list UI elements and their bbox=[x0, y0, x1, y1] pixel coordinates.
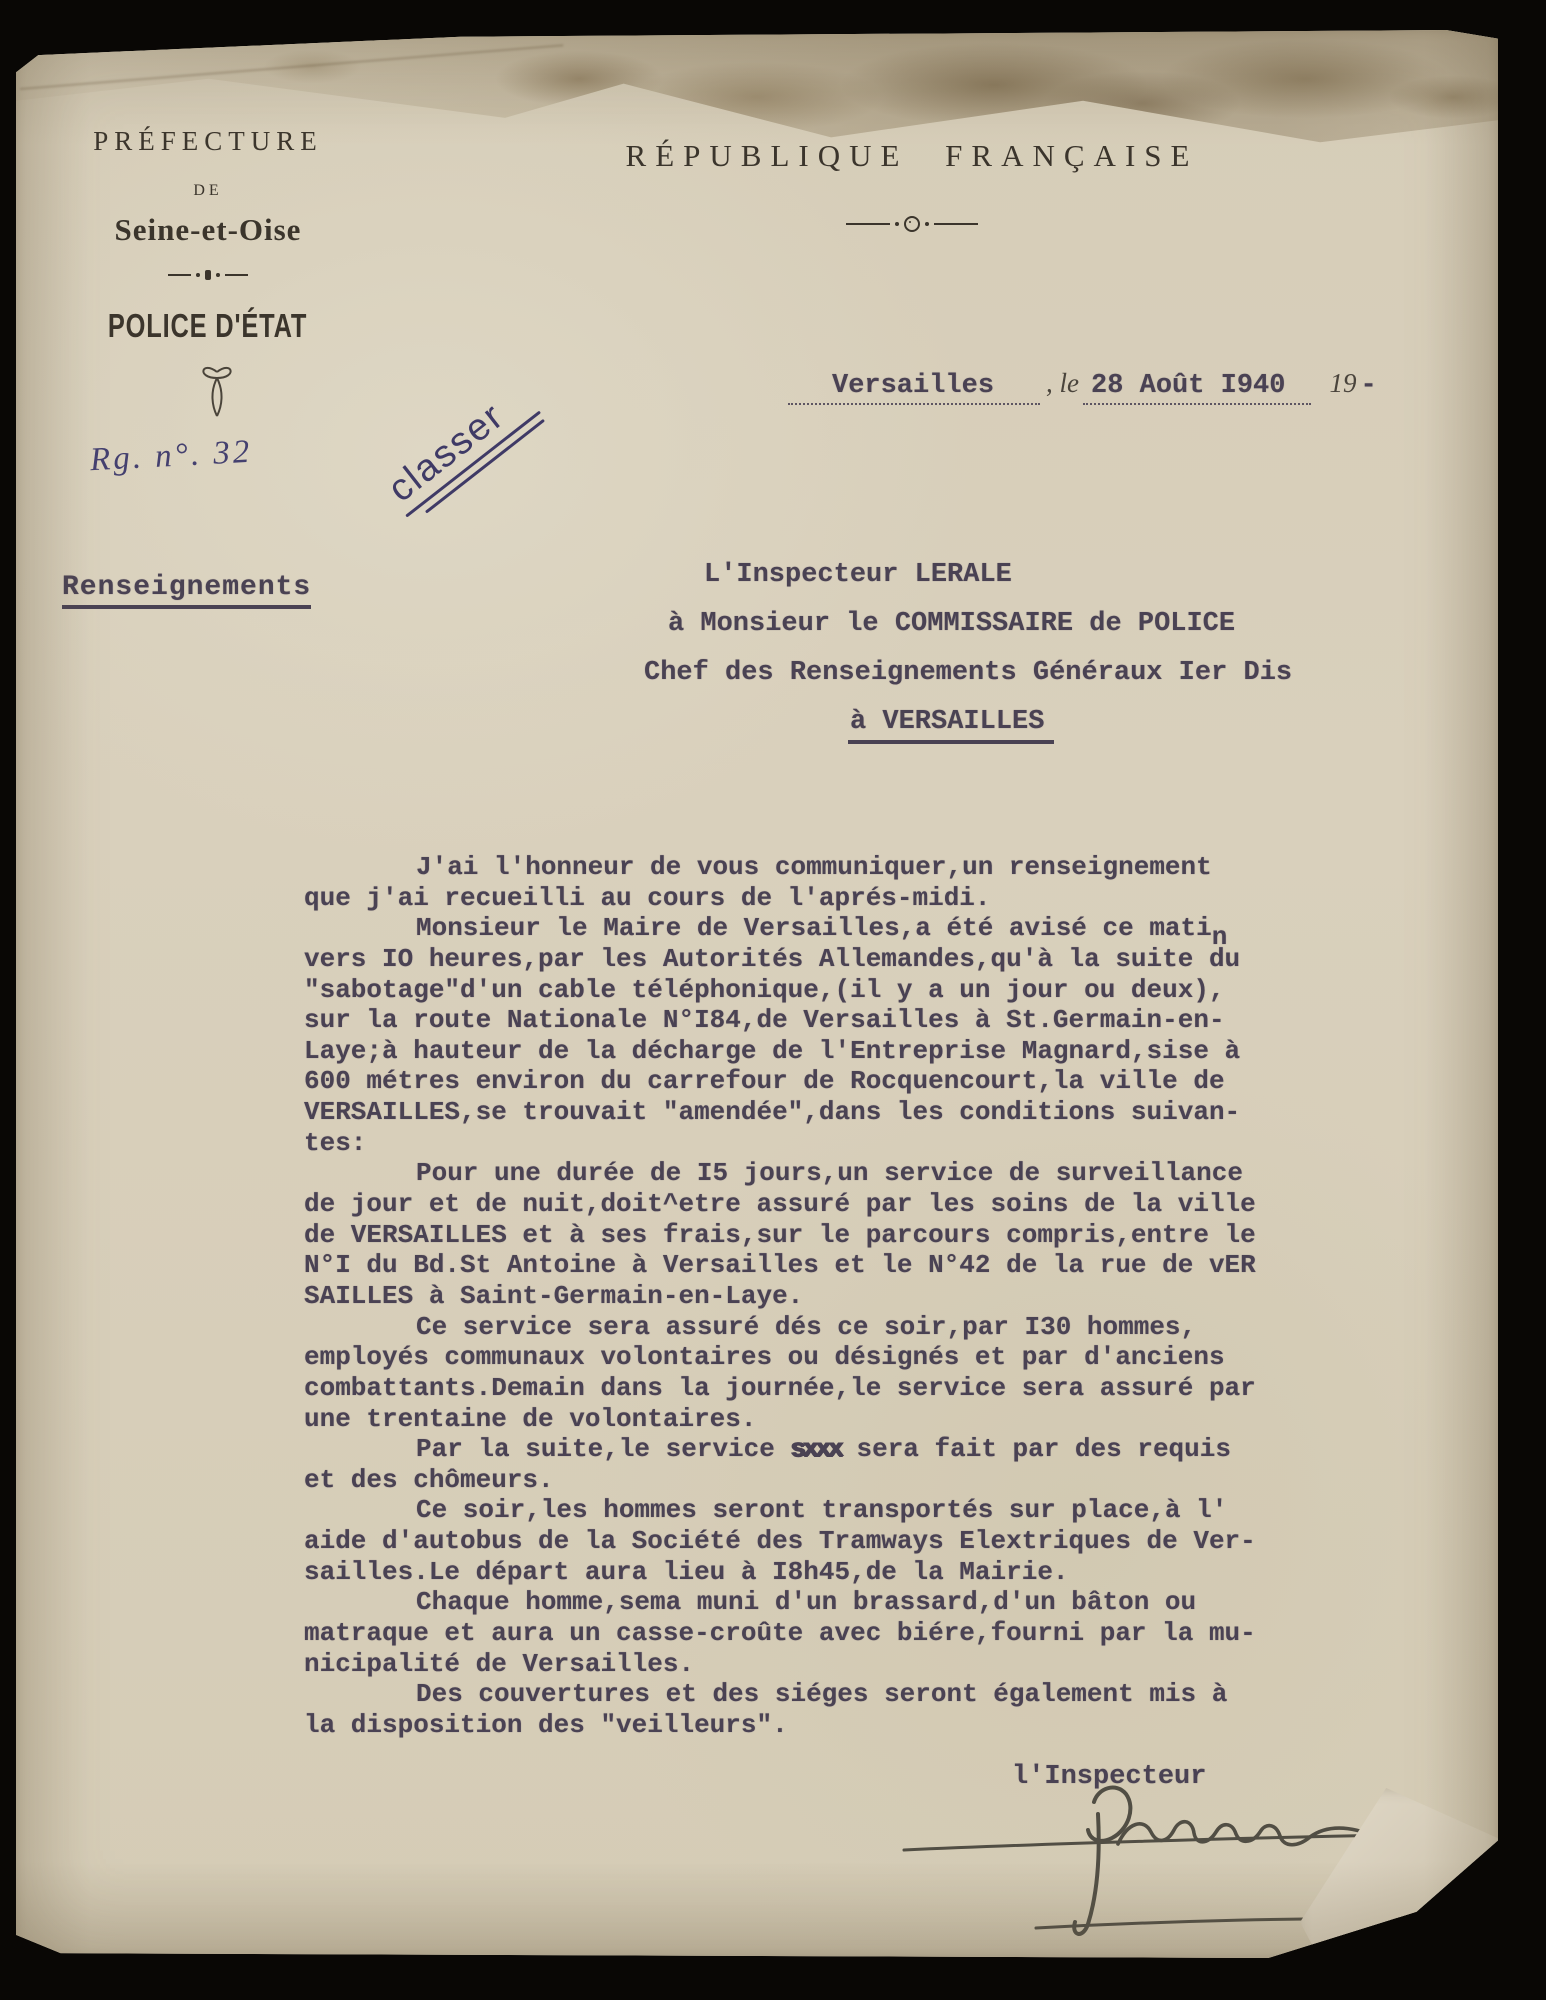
body-line: J'ai l'honneur de vous communiquer,un re… bbox=[304, 852, 1269, 883]
body-line: Monsieur le Maire de Versailles,a été av… bbox=[304, 913, 1269, 944]
dateline-printed-year: 19 bbox=[1311, 368, 1356, 399]
body-line: employés communaux volontaires ou désign… bbox=[304, 1342, 1269, 1373]
body-line: VERSAILLES,se trouvait "amendée",dans le… bbox=[304, 1097, 1269, 1128]
body-line: SAILLES à Saint-Germain-en-Laye. bbox=[304, 1281, 1269, 1312]
dateline-dash: - bbox=[1356, 371, 1376, 401]
body-line: et des chômeurs. bbox=[304, 1465, 1269, 1496]
masthead-divider-ornament bbox=[832, 216, 992, 232]
body-line: nicipalité de Versailles. bbox=[304, 1649, 1269, 1680]
dateline-le-label: , le bbox=[1040, 368, 1083, 399]
addressee-line-3: Chef des Renseignements Généraux Ier Dis bbox=[644, 658, 1292, 688]
body-line: combattants.Demain dans la journée,le se… bbox=[304, 1373, 1269, 1404]
letterhead-de: DE bbox=[88, 182, 328, 200]
fold-crease bbox=[20, 44, 563, 90]
addressee-line-4: à VERSAILLES bbox=[848, 707, 1054, 744]
letter-body: J'ai l'honneur de vous communiquer,un re… bbox=[304, 852, 1269, 1741]
dateline: Versailles , le 28 Août I940 19 - bbox=[788, 368, 1377, 405]
letter-paper: PRÉFECTURE DE Seine-et-Oise POLICE D'ÉTA… bbox=[16, 30, 1498, 1958]
body-line: Des couvertures et des siéges seront éga… bbox=[304, 1679, 1269, 1710]
body-line: "sabotage"d'un cable téléphonique,(il y … bbox=[304, 975, 1269, 1006]
body-line-text: Monsieur le Maire de Versailles,a été av… bbox=[416, 913, 1212, 943]
body-line: matraque et aura un casse-croûte avec bi… bbox=[304, 1618, 1269, 1649]
body-line: sailles.Le départ aura lieu à I8h45,de l… bbox=[304, 1557, 1269, 1588]
body-line: que j'ai recueilli au cours de l'aprés-m… bbox=[304, 883, 1269, 914]
body-line: Ce soir,les hommes seront transportés su… bbox=[304, 1495, 1269, 1526]
letterhead-police-detat-text: POLICE D'ÉTAT bbox=[108, 307, 307, 346]
body-line-dropped-letter: n bbox=[1212, 922, 1228, 952]
body-line: de VERSAILLES et à ses frais,sur le parc… bbox=[304, 1220, 1269, 1251]
letterhead-department: Seine-et-Oise bbox=[68, 212, 348, 248]
body-line: 600 métres environ du carrefour de Rocqu… bbox=[304, 1066, 1269, 1097]
letterhead-prefecture: PRÉFECTURE bbox=[88, 126, 328, 157]
body-line: sur la route Nationale N°I84,de Versaill… bbox=[304, 1005, 1269, 1036]
addressee-line-1: L'Inspecteur LERALE bbox=[704, 560, 1012, 590]
addressee-line-2: à Monsieur le COMMISSAIRE de POLICE bbox=[668, 609, 1235, 639]
filing-note-classer: classer bbox=[351, 371, 552, 545]
body-line: aide d'autobus de la Société des Tramway… bbox=[304, 1526, 1269, 1557]
body-line: Pour une durée de I5 jours,un service de… bbox=[304, 1158, 1269, 1189]
body-line: Par la suite,le service sxxx sera fait p… bbox=[304, 1434, 1269, 1465]
body-line: Ce service sera assuré dés ce soir,par I… bbox=[304, 1312, 1269, 1343]
body-line: la disposition des "veilleurs". bbox=[304, 1710, 1269, 1741]
filing-note-text: classer bbox=[351, 371, 543, 534]
body-line-text: Par la suite,le service bbox=[416, 1434, 790, 1464]
body-line: vers IO heures,par les Autorités Alleman… bbox=[304, 944, 1269, 975]
letterhead-divider-ornament bbox=[168, 270, 248, 280]
dateline-city: Versailles bbox=[788, 371, 1040, 405]
registry-number-handwritten: Rg. n°. 32 bbox=[89, 434, 253, 479]
masthead-republique-francaise: RÉPUBLIQUE FRANÇAISE bbox=[592, 138, 1232, 174]
body-line-struck-out-word: sxxx bbox=[790, 1434, 840, 1464]
body-line: une trentaine de volontaires. bbox=[304, 1404, 1269, 1435]
scanned-letter-photo: { "scene": { "background_color": "#09070… bbox=[0, 0, 1546, 2000]
dateline-date: 28 Août I940 bbox=[1083, 371, 1311, 405]
inspector-signature bbox=[836, 1772, 1476, 1972]
body-line: tes: bbox=[304, 1128, 1269, 1159]
body-line: Laye;à hauteur de la décharge de l'Entre… bbox=[304, 1036, 1269, 1067]
body-line: Chaque homme,sema muni d'un brassard,d'u… bbox=[304, 1587, 1269, 1618]
body-line: N°I du Bd.St Antoine à Versailles et le … bbox=[304, 1250, 1269, 1281]
subject-label: Renseignements bbox=[62, 572, 311, 609]
letterhead-police-detat: POLICE D'ÉTAT bbox=[68, 308, 348, 344]
letterhead-flourish-ornament bbox=[194, 356, 240, 420]
body-line: de jour et de nuit,doit^etre assuré par … bbox=[304, 1189, 1269, 1220]
body-line-text: sera fait par des requis bbox=[841, 1434, 1231, 1464]
